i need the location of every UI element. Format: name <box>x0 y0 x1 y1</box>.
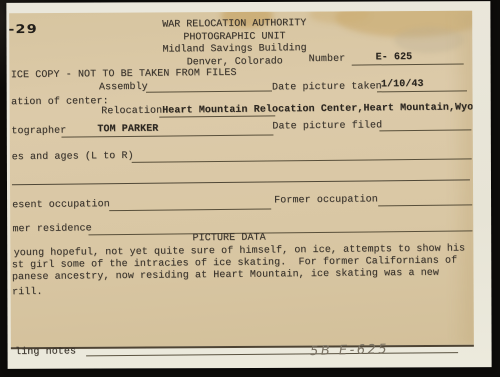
rule-line <box>352 63 464 65</box>
rule-line <box>146 90 272 93</box>
present-occupation-label: esent occupation <box>12 199 110 211</box>
header-org: WAR RELOCATION AUTHORITY <box>136 18 332 33</box>
former-occupation-label: Former occupation <box>274 194 378 206</box>
number-value: E- 625 <box>376 52 413 63</box>
rule-line <box>132 158 472 163</box>
rule-line <box>377 90 467 92</box>
location-of-center-label: ation of center: <box>11 96 109 108</box>
relocation-center-value: Heart Mountain Relocation Center,Heart M… <box>162 102 474 116</box>
picture-data-line: rill. <box>12 287 43 298</box>
rule-line <box>61 134 273 137</box>
date-taken-label: Date picture taken <box>272 81 382 93</box>
photo-mount: -29 WAR RELOCATION AUTHORITY PHOTOGRAPHI… <box>0 0 500 377</box>
typed-content: -29 WAR RELOCATION AUTHORITY PHOTOGRAPHI… <box>9 11 474 347</box>
header-building: Midland Savings Building <box>137 43 333 58</box>
photographer-value: TOM PARKER <box>97 124 158 136</box>
rule-line <box>109 208 271 211</box>
filing-notes-label: ling notes <box>15 346 76 358</box>
assembly-label: Assembly <box>99 82 148 94</box>
office-copy-notice: ICE COPY - NOT TO BE TAKEN FROM FILES <box>11 68 237 81</box>
bottom-strip: ling notes 5B E-625 <box>10 340 482 370</box>
rule-line <box>88 230 472 235</box>
pencil-filing-note: 5B E-625 <box>310 342 389 359</box>
names-ages-label: es and ages (L to R) <box>12 151 134 163</box>
rule-line <box>159 115 275 117</box>
date-taken-value: 1/10/43 <box>381 79 424 90</box>
photographer-label: tographer <box>11 126 66 138</box>
relocation-label: Relocation <box>101 106 162 118</box>
date-filed-label: Date picture filed <box>272 120 382 132</box>
form-card: -29 WAR RELOCATION AUTHORITY PHOTOGRAPHI… <box>9 11 474 349</box>
rule-line <box>86 352 458 356</box>
number-label: Number <box>309 54 346 65</box>
form-header: WAR RELOCATION AUTHORITY PHOTOGRAPHIC UN… <box>136 18 333 70</box>
former-residence-label: mer residence <box>12 223 91 235</box>
handwritten-number-annotation: -29 <box>9 22 38 36</box>
rule-line <box>379 129 471 131</box>
rule-line <box>12 179 470 185</box>
picture-data-title: PICTURE DATA <box>192 233 265 245</box>
rule-line <box>378 204 472 206</box>
